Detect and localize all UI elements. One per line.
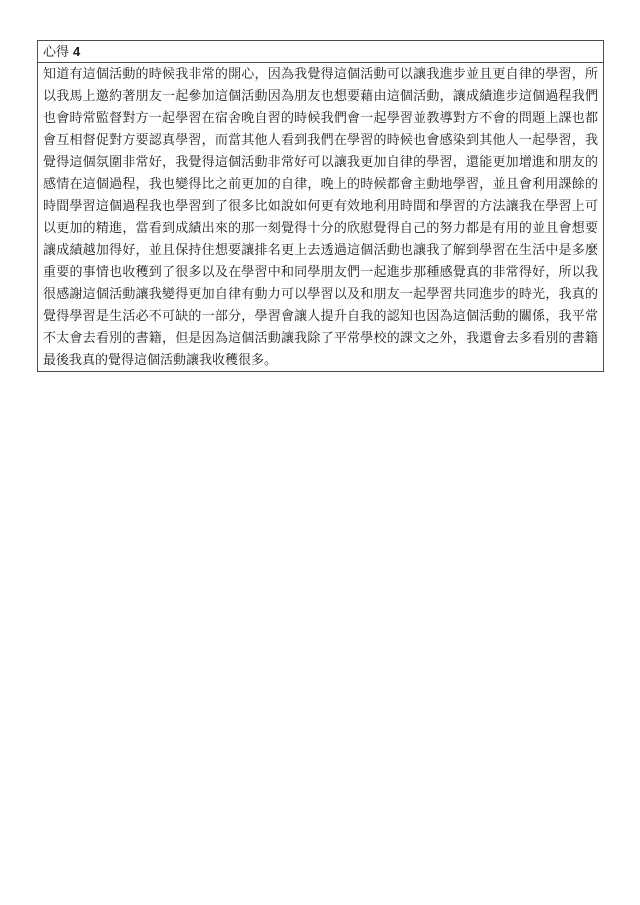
table-header-cell: 心得4 xyxy=(38,41,604,63)
feedback-paragraph: 知道有這個活動的時候我非常的開心，因為我覺得這個活動可以讓我進步並且更自律的學習… xyxy=(43,63,598,371)
feedback-table: 心得4 知道有這個活動的時候我非常的開心，因為我覺得這個活動可以讓我進步並且更自… xyxy=(37,40,604,372)
table-body-row: 知道有這個活動的時候我非常的開心，因為我覺得這個活動可以讓我進步並且更自律的學習… xyxy=(38,63,604,372)
header-number: 4 xyxy=(73,44,80,59)
table-header-row: 心得4 xyxy=(38,41,604,63)
header-title: 心得 xyxy=(43,44,69,59)
table-body-cell: 知道有這個活動的時候我非常的開心，因為我覺得這個活動可以讓我進步並且更自律的學習… xyxy=(38,63,604,372)
document-page: 心得4 知道有這個活動的時候我非常的開心，因為我覺得這個活動可以讓我進步並且更自… xyxy=(0,0,640,905)
